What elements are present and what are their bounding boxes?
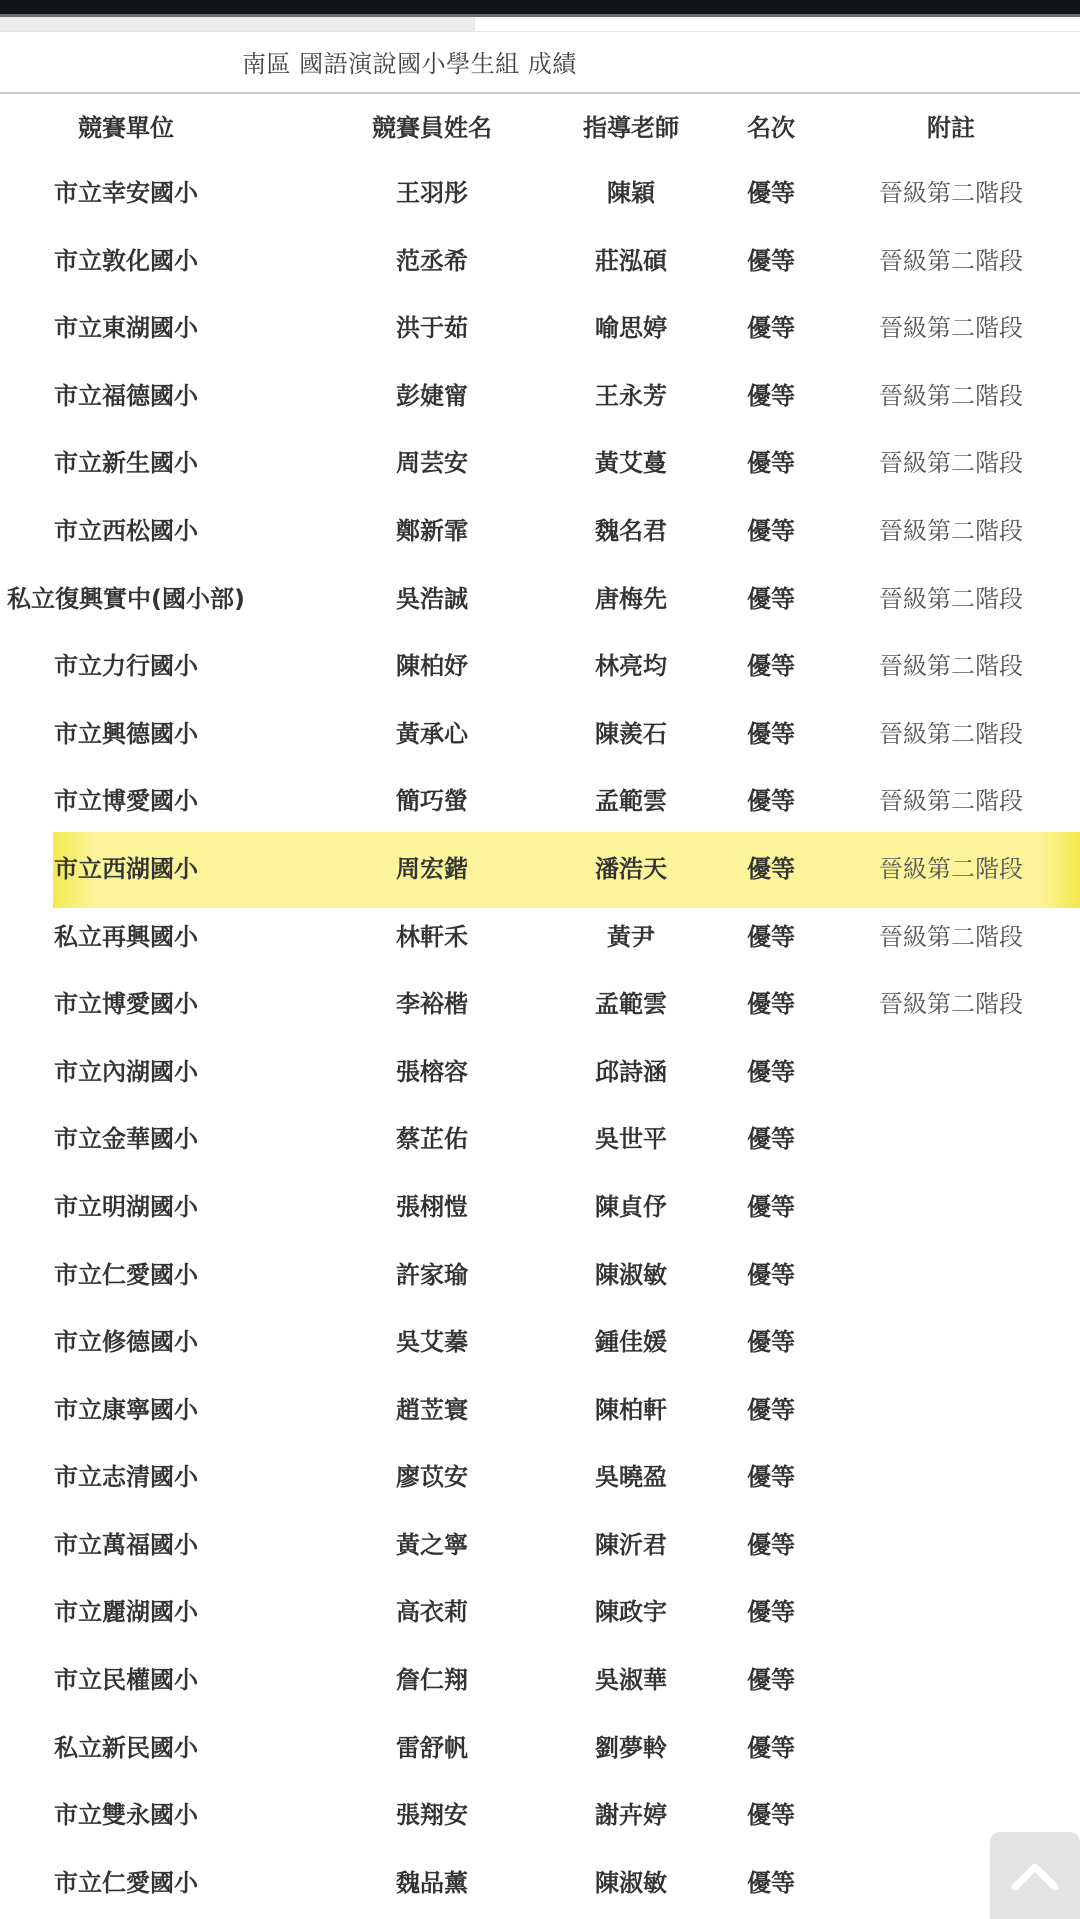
cell-note: [751, 1579, 1080, 1647]
cell-note: 晉級第二階段: [751, 363, 1080, 431]
cell-note: [751, 1039, 1080, 1107]
table-row: 市立修德國小吳艾蓁鍾佳媛優等: [0, 1309, 1080, 1377]
table-row: 市立博愛國小簡巧螢孟範雲優等晉級第二階段: [0, 768, 1080, 836]
table-header-row: 競賽單位 競賽員姓名 指導老師 名次 附註: [0, 96, 1080, 160]
cell-note: 晉級第二階段: [751, 633, 1080, 701]
table-row: 市立力行國小陳柏妤林亮均優等晉級第二階段: [0, 633, 1080, 701]
table-row: 市立金華國小蔡芷佑吳世平優等: [0, 1106, 1080, 1174]
cell-note: 晉級第二階段: [751, 768, 1080, 836]
cell-note: 晉級第二階段: [751, 498, 1080, 566]
results-body: 市立幸安國小王羽彤陳穎優等晉級第二階段市立敦化國小范丞希莊泓碩優等晉級第二階段市…: [0, 160, 1080, 1917]
results-table: 競賽單位 競賽員姓名 指導老師 名次 附註 市立幸安國小王羽彤陳穎優等晉級第二階…: [0, 96, 1080, 1917]
cell-note: [751, 1242, 1080, 1310]
table-row: 市立民權國小詹仁翔吳淑華優等: [0, 1647, 1080, 1715]
cell-note: [751, 1444, 1080, 1512]
cell-note: 晉級第二階段: [751, 295, 1080, 363]
cell-note: [751, 1309, 1080, 1377]
table-row: 市立幸安國小王羽彤陳穎優等晉級第二階段: [0, 160, 1080, 228]
table-row: 市立興德國小黃承心陳羨石優等晉級第二階段: [0, 701, 1080, 769]
cell-note: 晉級第二階段: [751, 228, 1080, 296]
cell-note: 晉級第二階段: [751, 701, 1080, 769]
cell-note: [751, 1715, 1080, 1783]
header-note: 附註: [751, 96, 1080, 160]
cell-note: 晉級第二階段: [751, 971, 1080, 1039]
cell-note: 晉級第二階段: [751, 836, 1080, 904]
page-load-progress-bar: [0, 17, 1080, 32]
table-row: 市立西松國小鄭新霏魏名君優等晉級第二階段: [0, 498, 1080, 566]
table-row: 市立雙永國小張翔安謝卉婷優等: [0, 1782, 1080, 1850]
table-row: 市立萬福國小黃之寧陳沂君優等: [0, 1512, 1080, 1580]
cell-note: 晉級第二階段: [751, 430, 1080, 498]
table-row: 市立內湖國小張榕容邱詩涵優等: [0, 1039, 1080, 1107]
cell-note: 晉級第二階段: [751, 904, 1080, 972]
table-row: 市立博愛國小李裕楷孟範雲優等晉級第二階段: [0, 971, 1080, 1039]
table-row: 市立仁愛國小魏品薰陳淑敏優等: [0, 1850, 1080, 1918]
status-bar: [0, 0, 1080, 14]
table-row: 市立明湖國小張栩愷陳貞伃優等: [0, 1174, 1080, 1242]
cell-note: [751, 1512, 1080, 1580]
cell-note: [751, 1106, 1080, 1174]
table-row: 市立仁愛國小許家瑜陳淑敏優等: [0, 1242, 1080, 1310]
table-row: 市立新生國小周芸安黃艾蔓優等晉級第二階段: [0, 430, 1080, 498]
cell-note: [751, 1782, 1080, 1850]
cell-note: 晉級第二階段: [751, 566, 1080, 634]
cell-note: [751, 1647, 1080, 1715]
cell-note: [751, 1850, 1080, 1918]
table-row: 市立東湖國小洪于茹喻思婷優等晉級第二階段: [0, 295, 1080, 363]
table-row: 私立再興國小林軒禾黃尹優等晉級第二階段: [0, 904, 1080, 972]
table-row: 市立敦化國小范丞希莊泓碩優等晉級第二階段: [0, 228, 1080, 296]
cell-note: [751, 1174, 1080, 1242]
page-title: 南區 國語演說國小學生組 成績: [242, 44, 577, 79]
table-row: 市立麗湖國小高衣莉陳政宇優等: [0, 1579, 1080, 1647]
cell-note: [751, 1377, 1080, 1445]
progress-fill: [0, 17, 475, 31]
cell-note: 晉級第二階段: [751, 160, 1080, 228]
table-row: 市立志清國小廖苡安吳曉盈優等: [0, 1444, 1080, 1512]
table-row: 市立福德國小彭婕甯王永芳優等晉級第二階段: [0, 363, 1080, 431]
title-row: 南區 國語演說國小學生組 成績: [0, 32, 1080, 94]
table-row: 市立西湖國小周宏鍇潘浩天優等晉級第二階段: [0, 836, 1080, 904]
table-row: 私立新民國小雷舒帆劉夢軨優等: [0, 1715, 1080, 1783]
table-row: 市立康寧國小趙苙寰陳柏軒優等: [0, 1377, 1080, 1445]
table-row: 私立復興實中(國小部)吳浩誠唐梅先優等晉級第二階段: [0, 566, 1080, 634]
